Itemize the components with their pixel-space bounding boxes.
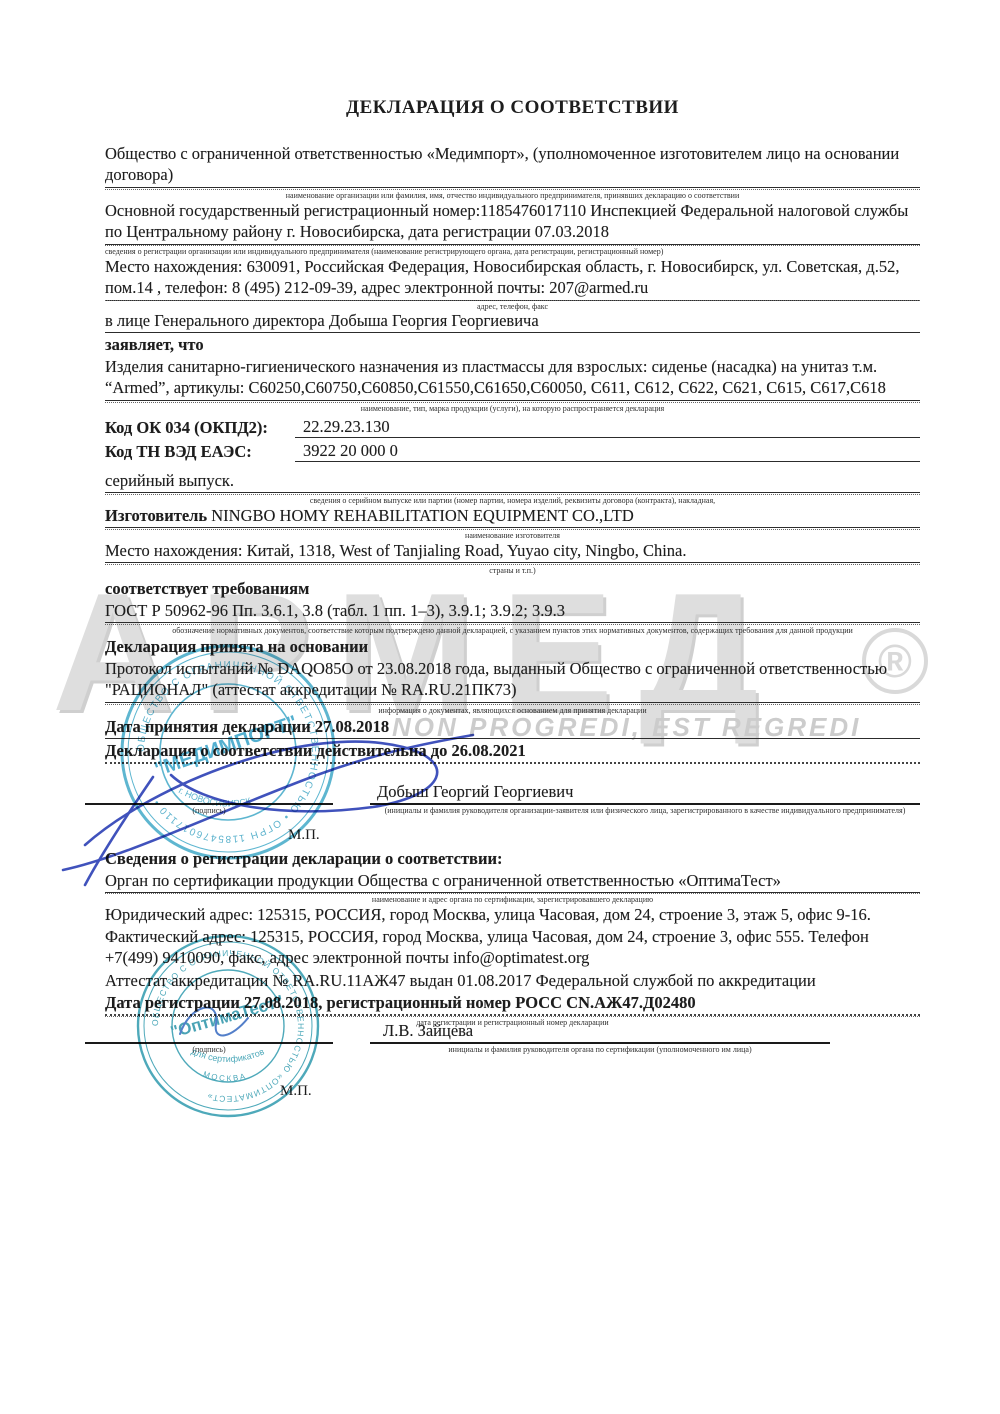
registration-legal-address: Юридический адрес: 125315, РОССИЯ, город…	[105, 904, 920, 925]
code-tnved-label: Код ТН ВЭД ЕАЭС:	[105, 441, 295, 462]
document-title: ДЕКЛАРАЦИЯ О СООТВЕТСТВИИ	[105, 96, 920, 121]
manufacturer-address: Место нахождения: Китай, 1318, West of T…	[105, 540, 920, 563]
declarant-ogrn: Основной государственный регистрационный…	[105, 200, 920, 245]
manufacturer-line: Изготовитель NINGBO HOMY REHABILITATION …	[105, 505, 920, 528]
code-okpd2-row: Код ОК 034 (ОКПД2): 22.29.23.130	[105, 416, 920, 438]
svg-text:МОСКВА: МОСКВА	[202, 1070, 248, 1084]
manufacturer-name: NINGBO HOMY REHABILITATION EQUIPMENT CO.…	[211, 506, 633, 525]
optimatest-stamp: ОБЩЕСТВО С ОГРАНИЧЕННОЙ ОТВЕТСТВЕННОСТЬЮ…	[132, 930, 324, 1122]
compliance-standards: ГОСТ Р 50962-96 Пп. 3.6.1, 3.8 (табл. 1 …	[105, 600, 920, 623]
declaration-document-page: АРМЕД ® NON PROGREDI, EST REGREDI ДЕКЛАР…	[0, 0, 1000, 1414]
product-description-hint: наименование, тип, марка продукции (услу…	[105, 402, 920, 414]
declarant-pen-signature	[55, 655, 495, 895]
optimatest-stamp-city-text: МОСКВА	[202, 1070, 248, 1084]
registrar-name-hint: инициалы и фамилия руководителя органа п…	[370, 1045, 830, 1055]
optimatest-stamp-arc-text: для сертификатов	[190, 1046, 266, 1064]
manufacturer-label: Изготовитель	[105, 506, 211, 525]
serial-issue: серийный выпуск.	[105, 470, 920, 493]
code-tnved-row: Код ТН ВЭД ЕАЭС: 3922 20 000 0	[105, 440, 920, 462]
registrar-name: Л.В. Зайцева	[383, 1020, 838, 1041]
declares-heading: заявляет, что	[105, 334, 920, 355]
compliance-heading: соответствует требованиям	[105, 578, 920, 599]
code-okpd2-label: Код ОК 034 (ОКПД2):	[105, 417, 295, 438]
svg-text:для сертификатов: для сертификатов	[190, 1046, 266, 1064]
declarant-address: Место нахождения: 630091, Российская Фед…	[105, 256, 920, 301]
declarant-name: Общество с ограниченной ответственностью…	[105, 143, 920, 188]
code-okpd2-value: 22.29.23.130	[295, 416, 920, 438]
manufacturer-address-hint: страны и т.п.)	[105, 564, 920, 576]
registrar-name-line	[370, 1042, 830, 1044]
declarant-director: в лице Генерального директора Добыша Гео…	[105, 310, 920, 333]
compliance-standards-hint: обозначение нормативных документов, соот…	[105, 624, 920, 636]
code-tnved-value: 3922 20 000 0	[295, 440, 920, 462]
product-description: Изделия санитарно-гигиенического назначе…	[105, 356, 920, 401]
